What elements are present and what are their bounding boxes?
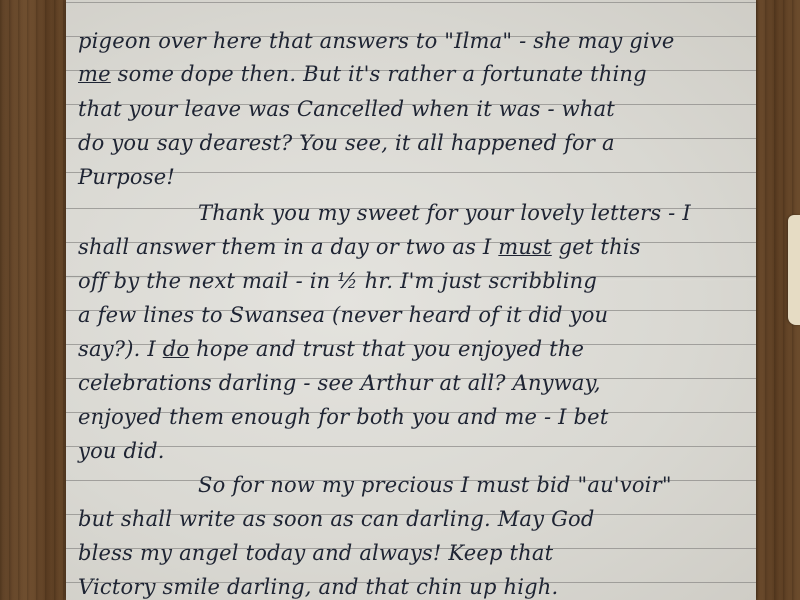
underlined-word: must (498, 235, 551, 259)
ruled-line (66, 276, 756, 277)
letter-page: pigeon over here that answers to "Ilma" … (66, 0, 756, 600)
ruled-line (66, 2, 756, 3)
letter-line: shall answer them in a day or two as I m… (78, 237, 746, 258)
letter-line: bless my angel today and always! Keep th… (78, 543, 746, 564)
letter-line: but shall write as soon as can darling. … (78, 509, 746, 530)
letter-line: Victory smile darling, and that chin up … (78, 577, 746, 598)
letter-line: Thank you my sweet for your lovely lette… (78, 203, 746, 224)
letter-line: do you say dearest? You see, it all happ… (78, 133, 746, 154)
letter-line: me some dope then. But it's rather a for… (78, 64, 746, 85)
letter-line: you did. (78, 441, 746, 462)
letter-line: off by the next mail - in ½ hr. I'm just… (78, 271, 746, 292)
paper-scrap-edge (788, 215, 800, 325)
wooden-table-left (0, 0, 70, 600)
letter-line: Purpose! (78, 167, 746, 188)
underlined-word: me (78, 62, 111, 86)
letter-line: say?). I do hope and trust that you enjo… (78, 339, 746, 360)
underlined-word: do (163, 337, 190, 361)
letter-line: that your leave was Cancelled when it wa… (78, 99, 746, 120)
letter-line: a few lines to Swansea (never heard of i… (78, 305, 746, 326)
letter-line: enjoyed them enough for both you and me … (78, 407, 746, 428)
letter-line: celebrations darling - see Arthur at all… (78, 373, 746, 394)
letter-line: pigeon over here that answers to "Ilma" … (78, 31, 746, 52)
letter-line: So for now my precious I must bid "au'vo… (78, 475, 746, 496)
